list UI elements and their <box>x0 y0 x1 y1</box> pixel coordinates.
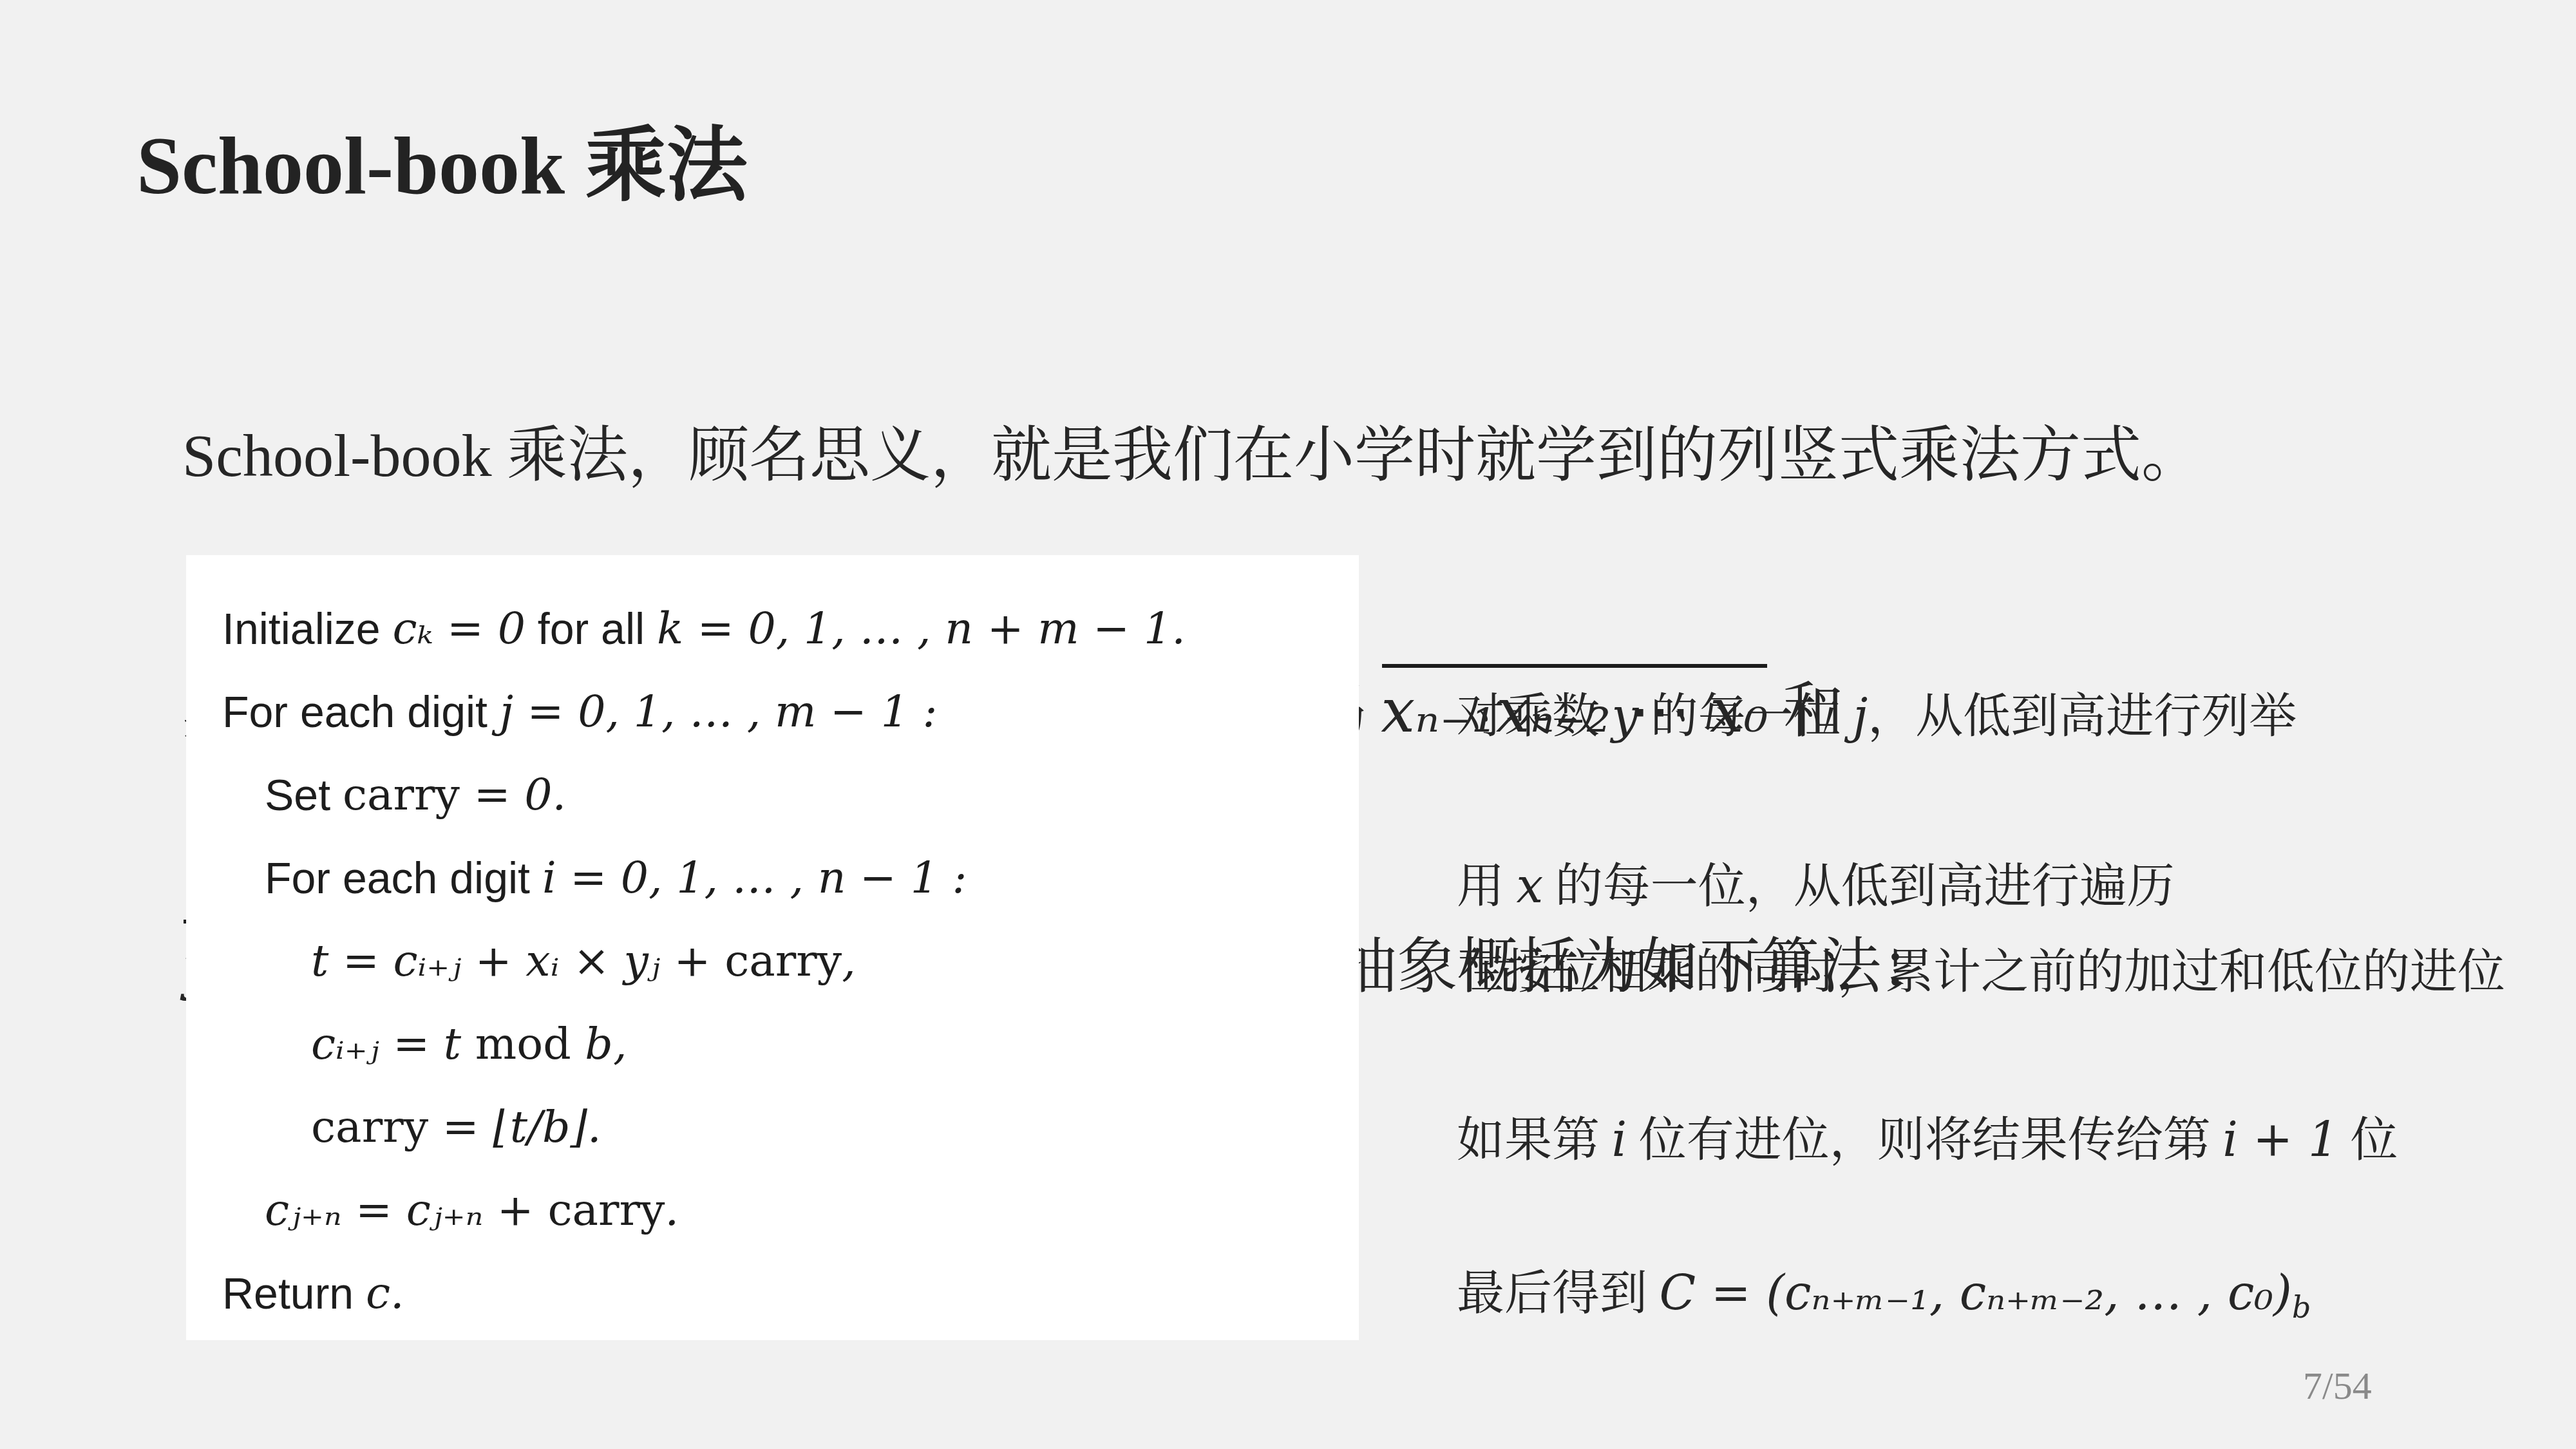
intro-line-1-text: School-book 乘法，顾名思义，就是我们在小学时就学到的列竖式乘法方式。 <box>182 422 2202 489</box>
algorithm-line-c-mod: cᵢ₊ⱼ = t mod b, <box>186 1003 1333 1086</box>
algorithm-line-carry-floor: carry = ⌊t/b⌋. <box>186 1086 1333 1169</box>
annot-text: 对乘数 <box>1457 690 1612 743</box>
alg-math: t = cᵢ₊ⱼ + xᵢ × yⱼ + <box>311 936 724 987</box>
slide-title: School-book 乘法 <box>137 100 748 217</box>
annotation-accumulate: 在按位相乘的同时，累计之前的加过和低位的进位 <box>1457 943 2505 1003</box>
annot-text: 用 <box>1457 860 1517 913</box>
annot-text: 位有进位，则将结果传给第 <box>1627 1114 2222 1167</box>
annot-text: 最后得到 <box>1457 1267 1660 1320</box>
alg-math: = ⌊t/b⌋. <box>428 1102 601 1153</box>
slide: School-book 乘法 School-book 乘法，顾名思义，就是我们在… <box>0 0 2576 1449</box>
alg-math: cⱼ₊ₙ = cⱼ₊ₙ + <box>265 1185 547 1236</box>
annot-text: 的每一位 <box>1638 690 1853 743</box>
annot-text: 在按位相乘的同时，累计之前的加过和低位的进位 <box>1457 946 2505 999</box>
page-number: 7/54 <box>2303 1364 2372 1408</box>
alg-keyword: For each digit <box>265 853 542 904</box>
algorithm-line-c-jn: cⱼ₊ₙ = cⱼ₊ₙ + carry. <box>186 1169 1333 1252</box>
algorithm-box: Initialize cₖ = 0 for all k = 0, 1, … , … <box>186 555 1359 1340</box>
alg-keyword: for all <box>526 604 657 654</box>
var-y: y <box>1612 688 1639 744</box>
alg-math: cₖ = 0 <box>393 603 526 654</box>
alg-keyword: Initialize <box>222 604 393 654</box>
annotation-result: 最后得到 C = (cₙ₊ₘ₋₁, cₙ₊ₘ₋₂, … , c₀)b <box>1457 1264 2311 1326</box>
alg-keyword: Set <box>265 770 343 820</box>
var-x: x <box>1517 858 1544 914</box>
alg-roman: carry <box>311 1102 428 1153</box>
annotation-carry: 如果第 i 位有进位，则将结果传给第 i + 1 位 <box>1457 1110 2398 1171</box>
annot-text: 的每一位，从低到高进行遍历 <box>1543 860 2175 913</box>
alg-math: j = 0, 1, … , m − 1 : <box>500 687 938 737</box>
alg-keyword: For each digit <box>222 687 500 737</box>
alg-math: b, <box>571 1019 627 1070</box>
annotation-outer-loop: 对乘数 y 的每一位 j，从低到高进行列举 <box>1457 687 2297 747</box>
alg-roman: carry <box>547 1185 665 1236</box>
alg-roman: mod <box>475 1019 571 1070</box>
alg-roman: carry <box>724 936 842 987</box>
alg-math: , <box>842 936 856 987</box>
base-subscript: b <box>2292 1290 2311 1325</box>
algorithm-line-t-assign: t = cᵢ₊ⱼ + xᵢ × yⱼ + carry, <box>186 920 1333 1003</box>
var-i-plus-1: i + 1 <box>2222 1112 2338 1168</box>
algorithm-line-outer-loop: For each digit j = 0, 1, … , m − 1 : <box>186 670 1333 753</box>
algorithm-line-set-carry: Set carry = 0. <box>186 753 1333 837</box>
annot-text: 位 <box>2338 1114 2398 1167</box>
alg-math: k = 0, 1, … , n + m − 1. <box>657 603 1186 654</box>
alg-roman: carry <box>343 770 460 820</box>
intro-line-1: School-book 乘法，顾名思义，就是我们在小学时就学到的列竖式乘法方式。 <box>182 415 2423 497</box>
alg-math: i = 0, 1, … , n − 1 : <box>542 853 967 904</box>
result-expression: C = (cₙ₊ₘ₋₁, cₙ₊ₘ₋₂, … , c₀) <box>1660 1265 2292 1321</box>
algorithm-line-inner-loop: For each digit i = 0, 1, … , n − 1 : <box>186 837 1333 920</box>
annot-text: 如果第 <box>1457 1114 1612 1167</box>
alg-math: = 0. <box>460 770 566 820</box>
annot-text: ，从低到高进行列举 <box>1868 690 2297 743</box>
alg-math: c. <box>366 1268 404 1319</box>
var-i: i <box>1612 1112 1627 1168</box>
algorithm-line-initialize: Initialize cₖ = 0 for all k = 0, 1, … , … <box>186 587 1333 670</box>
alg-math: . <box>665 1185 679 1236</box>
annotation-inner-loop: 用 x 的每一位，从低到高进行遍历 <box>1457 857 2175 917</box>
alg-math: cᵢ₊ⱼ = t <box>311 1019 475 1070</box>
var-j: j <box>1853 688 1868 744</box>
algorithm-line-return: Return c. <box>186 1252 1333 1335</box>
alg-keyword: Return <box>222 1269 366 1319</box>
